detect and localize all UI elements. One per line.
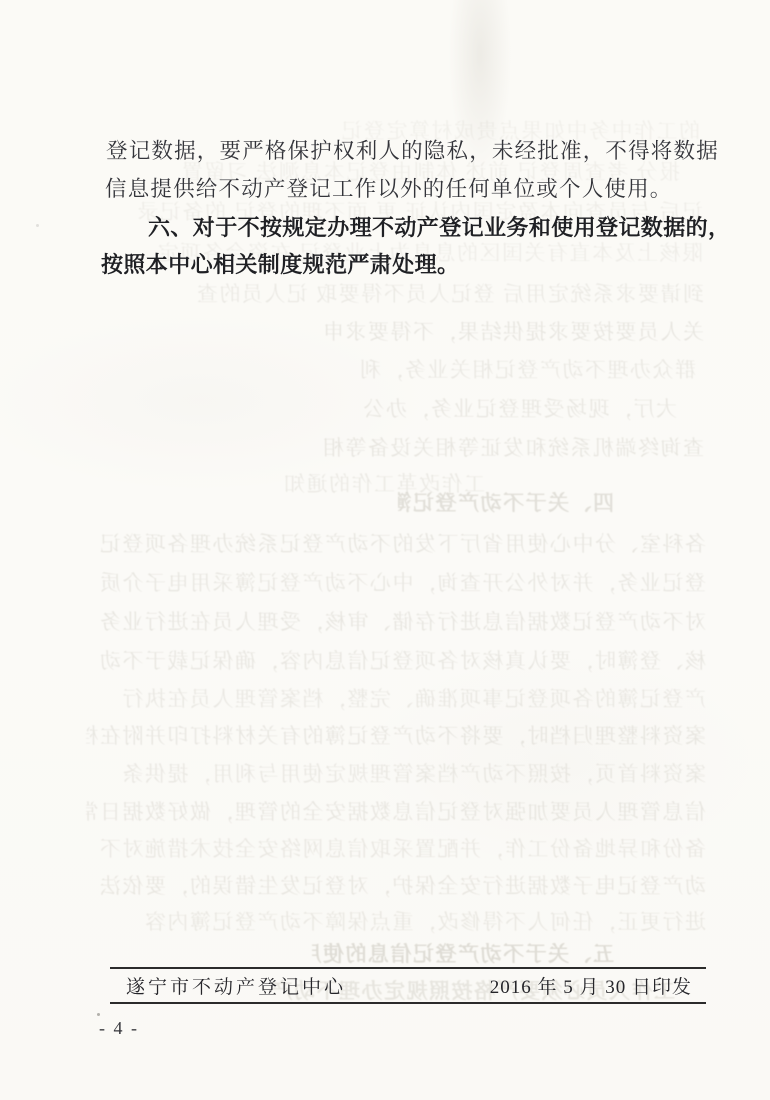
document-page: 的工作中务中如果点贵成村算定登记报分 考查周登记 前述 体制由登记本息测法 习留… <box>0 0 770 1100</box>
bleed-through-text-line: 关人员要按要求提供结果，不得要求申 <box>86 320 704 344</box>
page-number: - 4 - <box>99 1018 139 1039</box>
bleed-through-text-line: 进行更正，任何人不得修改，重点保障不动产登记簿内容 <box>86 910 706 934</box>
bleed-through-text-line: 动产登记电子数据进行安全保护，对登记发生错误的，要依法 <box>86 874 706 898</box>
paragraph-2-line-1: 六、对于不按规定办理不动产登记业务和使用登记数据的， <box>148 211 730 242</box>
bleed-through-text-line: 五、关于不动产登记信息的使用 <box>312 943 614 967</box>
bleed-through-text-line: 大厅，现场受理登记业务，办公 <box>112 397 677 421</box>
colophon: 遂宁市不动产登记中心 2016 年 5 月 30 日印发 <box>110 967 706 1004</box>
bleed-through-text-line: 群众办理不动产登记相关业务，利 <box>96 358 696 382</box>
paragraph-1-line-1: 登记数据，要严格保护权利人的隐私，未经批准，不得将数据 <box>106 134 719 165</box>
paragraph-2-line-2: 按照本中心相关制度规范严肃处理。 <box>101 248 459 279</box>
paragraph-1-line-2: 信息提供给不动产登记工作以外的任何单位或个人使用。 <box>105 172 673 203</box>
bleed-through-text-line: 到请要求系统定用后 登记人员不得要取 记人员的查 <box>86 282 704 306</box>
bleed-through-text-line: 查询终端机系统和发证等相关设备等相 <box>86 436 704 460</box>
bleed-through-text-line: 信息管理人员要加强对登记信息数据安全的管理，做好数据日常 <box>86 800 706 824</box>
issuer-name: 遂宁市不动产登记中心 <box>126 972 346 999</box>
bleed-through-text-line: 备份和异地备份工作，并配置采取信息网络安全技术措施对不 <box>86 837 706 861</box>
paper-texture <box>0 0 770 1100</box>
bleed-through-text-line: 案资料整理归档时，要将不动产登记簿的有关材料打印并附在档 <box>86 724 706 748</box>
bleed-through-text-line: 产登记簿的各项登记事项准确、完整，档案管理人员在执行 <box>86 687 706 711</box>
bleed-through-text-line: 各科室、分中心使用省厅下发的不动产登记系统办理各项登记 <box>86 532 706 556</box>
bleed-through-text-line: 四、关于不动产登记簿 <box>398 492 614 516</box>
bleed-through-text-line: 核、登簿时，要认真核对各项登记信息内容，确保记载于不动 <box>86 649 706 673</box>
bleed-through-text-line: 案资料首页，按照不动产档案管理规定使用与利用，提供条 <box>86 762 706 786</box>
scan-speck <box>97 1013 100 1016</box>
print-date: 2016 年 5 月 30 日印发 <box>490 972 692 999</box>
bleed-through-text-line: 工作改革工作的通知 <box>155 472 485 496</box>
bleed-through-text-line: 对不动产登记数据信息进行存储、审核，受理人员在进行业务 <box>86 610 706 634</box>
bleed-through-text-line: 登记业务，并对外公开查询，中心不动产登记簿采用电子介质 <box>86 571 706 595</box>
scan-speck <box>36 224 39 227</box>
